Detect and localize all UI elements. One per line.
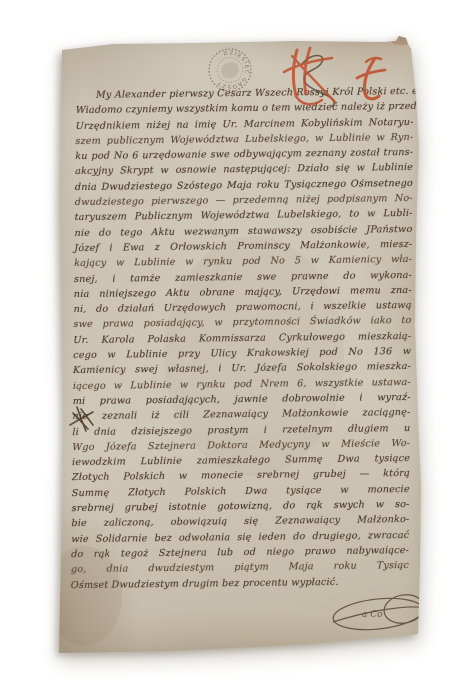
paraph-text: a Co [362, 610, 383, 620]
paper-sheet: My Alexander pierwszy Cesarz Wszech Ross… [54, 36, 426, 658]
signature-paraph: a Co [332, 592, 426, 634]
photo-background: My Alexander pierwszy Cesarz Wszech Ross… [0, 0, 463, 700]
manuscript-paper: My Alexander pierwszy Cesarz Wszech Ross… [54, 36, 426, 658]
manuscript-lines: My Alexander pierwszy Cesarz Wszech Ross… [71, 84, 414, 593]
